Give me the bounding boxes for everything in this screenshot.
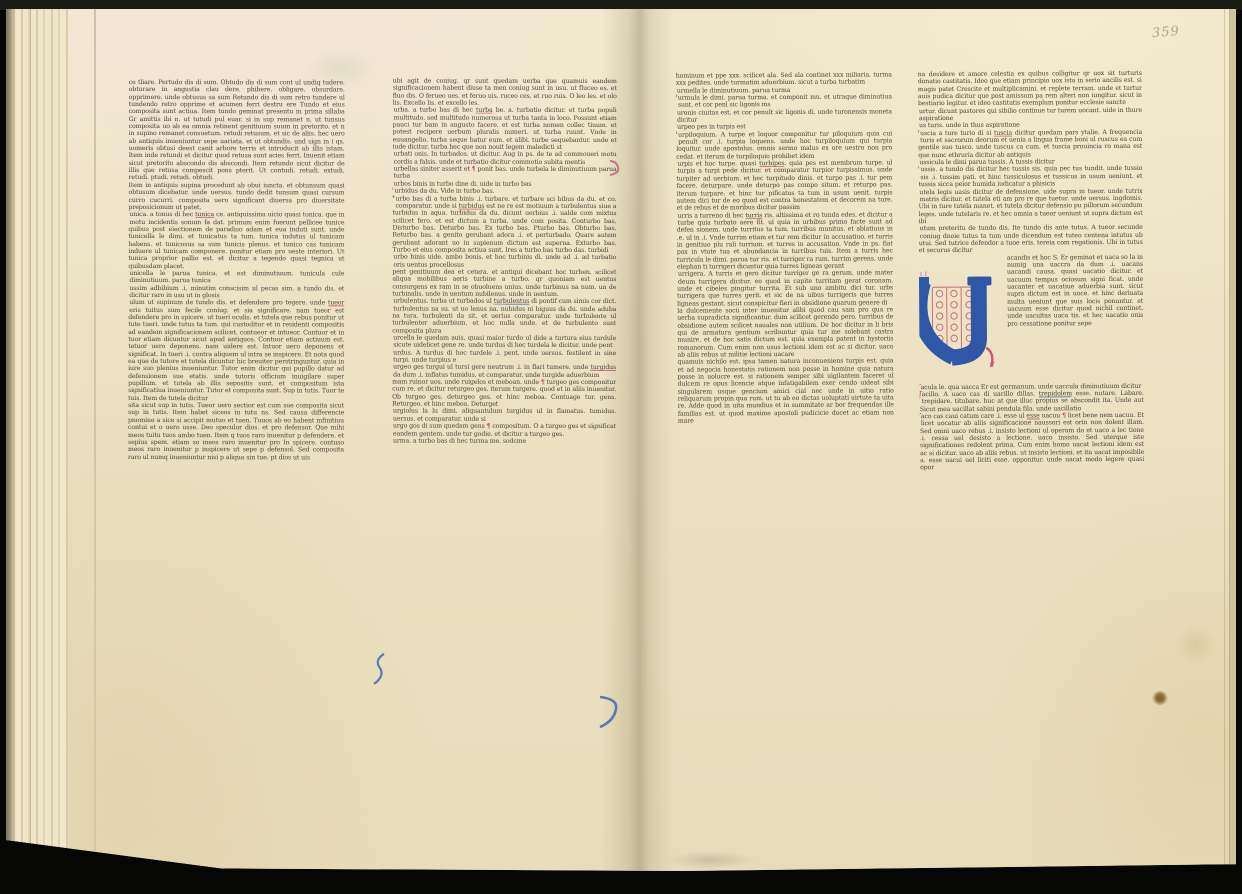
left-page xyxy=(68,9,640,871)
page-stack-fore-edge xyxy=(6,9,68,871)
folio-number: 359 xyxy=(1151,24,1180,41)
photograph-background: 359 ce tliare. Pertudo dis di sum. Obtud… xyxy=(0,0,1242,894)
open-manuscript-book: 359 ce tliare. Pertudo dis di sum. Obtud… xyxy=(6,9,1236,871)
pen-flourish-blue-descender xyxy=(596,693,622,729)
right-page-edges xyxy=(1220,9,1236,871)
right-page xyxy=(640,9,1236,871)
pen-flourish-red xyxy=(608,157,626,179)
page-edge-line xyxy=(30,9,31,871)
book-gutter-shadow xyxy=(602,9,674,871)
page-crease-line xyxy=(94,9,96,871)
pen-flourish-blue xyxy=(372,652,388,686)
